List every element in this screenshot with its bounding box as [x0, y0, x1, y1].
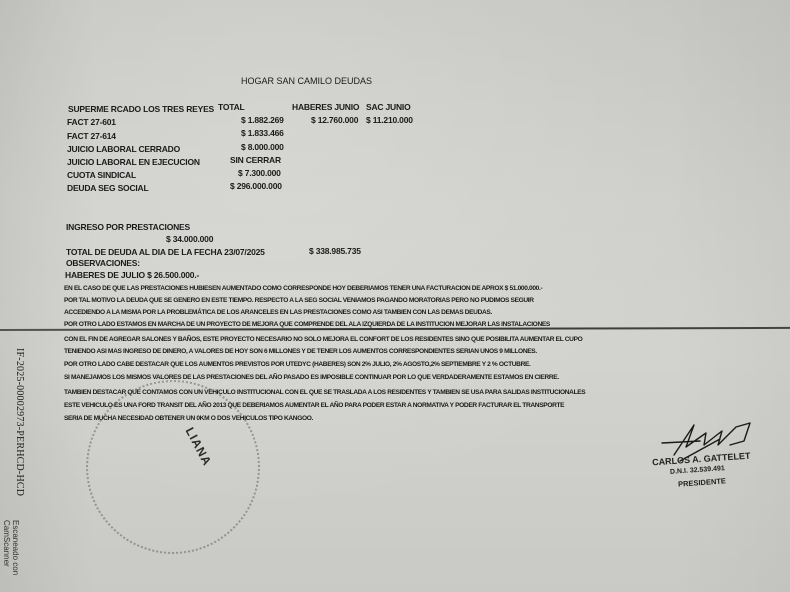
row-total: $ 1.882.269 [241, 115, 284, 125]
ingreso-value: $ 34.000.000 [166, 234, 213, 244]
row-haberes-junio: $ 12.760.000 [311, 115, 358, 125]
total-label: TOTAL DE DEUDA AL DIA DE LA FECHA 23/07/… [66, 247, 265, 257]
observation-line: ACCEDIENDO A LA MISMA POR LA PROBLEMÁTIC… [64, 309, 492, 316]
signatory-role: PRESIDENTE [678, 476, 726, 488]
row-sac-junio: $ 11.210.000 [366, 115, 413, 125]
row-concept: JUICIO LABORAL CERRADO [67, 144, 180, 154]
signatory-dni: D.N.I. 32.539.491 [670, 465, 725, 476]
observaciones-label: OBSERVACIONES: [66, 258, 140, 268]
haberes-julio: HABERES DE JULIO $ 26.500.000.- [65, 270, 199, 280]
header-sac-junio: SAC JUNIO [366, 102, 411, 112]
observation-line: CON EL FIN DE AGREGAR SALONES Y BAÑOS, E… [64, 336, 582, 343]
stamp-circle [72, 366, 274, 568]
observation-line: POR TAL MOTIVO LA DEUDA QUE SE GENERO EN… [64, 297, 534, 304]
row-concept: CUOTA SINDICAL [67, 170, 136, 180]
observation-line: POR OTRO LADO CABE DESTACAR QUE LOS AUME… [64, 361, 531, 368]
observation-line: EN EL CASO DE QUE LAS PRESTACIONES HUBIE… [64, 285, 542, 292]
row-total: $ 1.833.466 [241, 128, 284, 138]
row-total: SIN CERRAR [230, 155, 281, 165]
header-total: TOTAL [218, 102, 245, 112]
document-code: IF-2025-00002973-PERHCD-HCD [14, 348, 25, 496]
scanned-page: HOGAR SAN CAMILO DEUDAS SUPERME RCADO LO… [0, 0, 790, 592]
row-concept: DEUDA SEG SOCIAL [67, 183, 149, 193]
row-total: $ 7.300.000 [238, 168, 281, 178]
row-concept: JUICIO LABORAL EN EJECUCION [67, 157, 200, 167]
row-concept: FACT 27-614 [67, 131, 116, 141]
scanner-watermark: Escaneado con CamScanner [2, 520, 20, 592]
header-concept: SUPERME RCADO LOS TRES REYES [68, 104, 214, 114]
header-haberes-junio: HABERES JUNIO [292, 102, 359, 112]
ingreso-label: INGRESO POR PRESTACIONES [66, 222, 190, 232]
row-concept: FACT 27-601 [67, 117, 116, 127]
observation-line: SI MANEJAMOS LOS MISMOS VALORES DE LAS P… [64, 374, 559, 381]
observation-line: TENIENDO ASI MAS INGRESO DE DINERO, A VA… [64, 348, 537, 355]
row-total: $ 8.000.000 [241, 142, 284, 152]
row-total: $ 296.000.000 [230, 181, 282, 191]
total-value: $ 338.985.735 [309, 246, 361, 256]
document-title: HOGAR SAN CAMILO DEUDAS [241, 76, 372, 86]
